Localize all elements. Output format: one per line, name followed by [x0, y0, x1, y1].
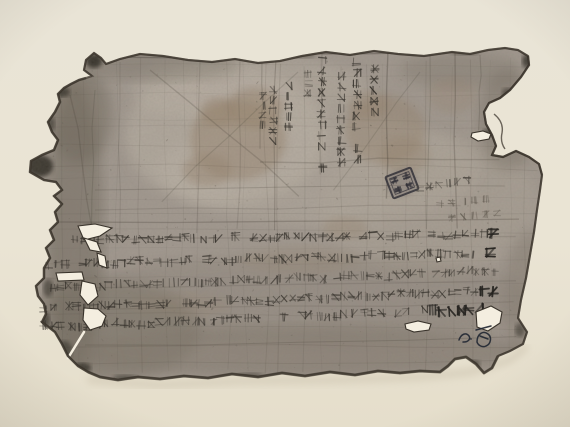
photo-vignette	[0, 0, 570, 427]
manuscript-photo-canvas	[0, 0, 570, 427]
artifact-photo	[0, 0, 570, 427]
